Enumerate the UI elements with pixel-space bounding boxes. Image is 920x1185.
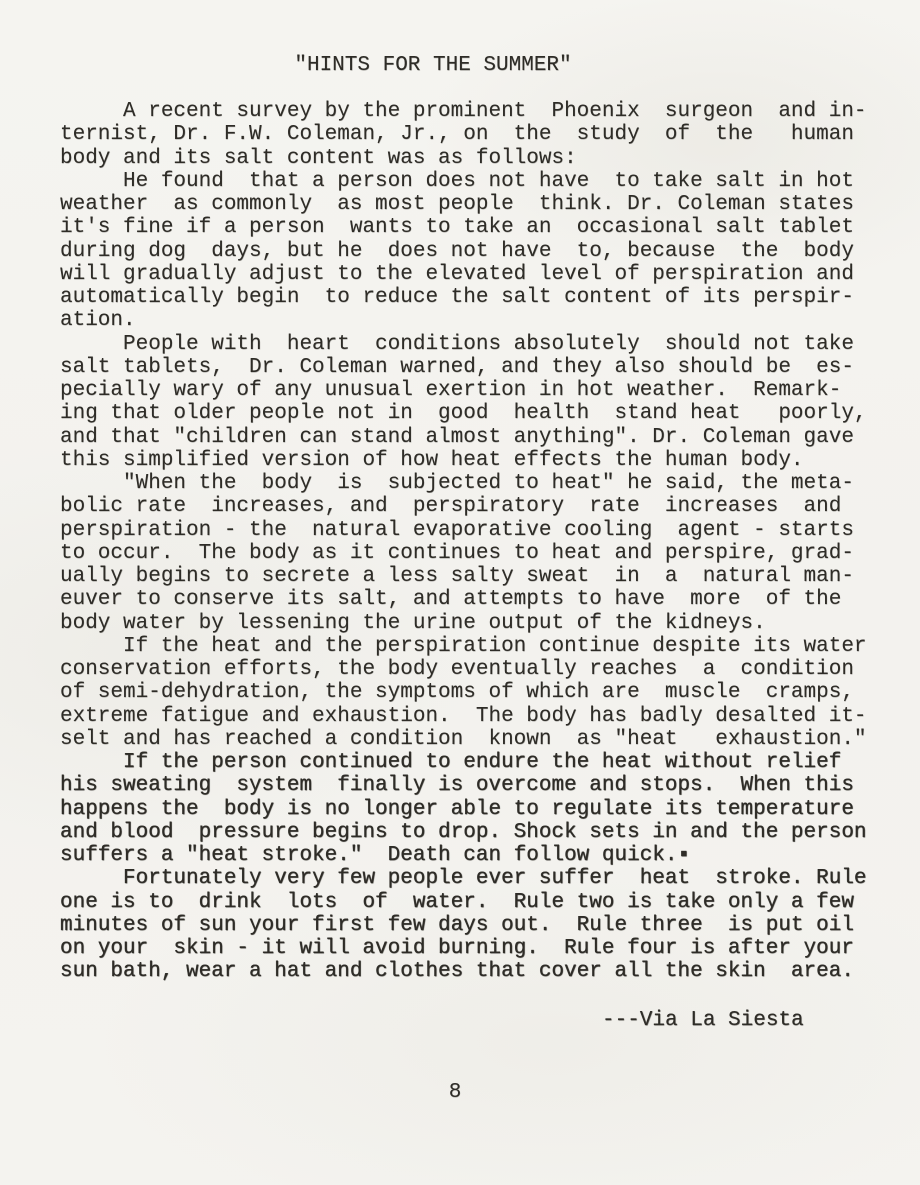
text-line: Fortunately very few people ever suffer …: [60, 867, 867, 890]
paragraph: A recent survey by the prominent Phoenix…: [60, 100, 867, 170]
text-line: his sweating system finally is overcome …: [60, 774, 867, 797]
article-body: A recent survey by the prominent Phoenix…: [60, 100, 867, 984]
text-line: People with heart conditions absolutely …: [60, 333, 867, 356]
text-line: extreme fatigue and exhaustion. The body…: [60, 705, 867, 728]
paragraph: If the heat and the perspiration continu…: [60, 635, 867, 751]
paragraph: If the person continued to endure the he…: [60, 751, 867, 867]
text-line: sun bath, wear a hat and clothes that co…: [60, 960, 867, 983]
text-line: minutes of sun your first few days out. …: [60, 914, 867, 937]
text-line: If the heat and the perspiration continu…: [60, 635, 867, 658]
text-line: If the person continued to endure the he…: [60, 751, 867, 774]
text-line: conservation efforts, the body eventuall…: [60, 658, 867, 681]
text-line: bolic rate increases, and perspiratory r…: [60, 495, 867, 518]
text-line: of semi-dehydration, the symptoms of whi…: [60, 681, 867, 704]
text-line: happens the body is no longer able to re…: [60, 798, 867, 821]
text-line: ing that older people not in good health…: [60, 402, 867, 425]
paragraph: Fortunately very few people ever suffer …: [60, 867, 867, 983]
text-line: selt and has reached a condition known a…: [60, 728, 867, 751]
text-line: during dog days, but he does not have to…: [60, 240, 867, 263]
text-line: it's fine if a person wants to take an o…: [60, 216, 867, 239]
scanned-page: "HINTS FOR THE SUMMER" A recent survey b…: [0, 0, 920, 1185]
text-line: He found that a person does not have to …: [60, 170, 867, 193]
text-line: body water by lessening the urine output…: [60, 612, 867, 635]
paragraph: "When the body is subjected to heat" he …: [60, 472, 867, 635]
text-line: suffers a "heat stroke." Death can follo…: [60, 844, 867, 867]
text-line: A recent survey by the prominent Phoenix…: [60, 100, 867, 123]
page-number: 8: [60, 1081, 850, 1104]
attribution: ---Via La Siesta: [602, 1009, 804, 1032]
text-line: and that "children can stand almost anyt…: [60, 426, 867, 449]
text-line: one is to drink lots of water. Rule two …: [60, 891, 867, 914]
text-line: ually begins to secrete a less salty swe…: [60, 565, 867, 588]
text-line: ternist, Dr. F.W. Coleman, Jr., on the s…: [60, 123, 867, 146]
text-line: automatically begin to reduce the salt c…: [60, 286, 867, 309]
paragraph: He found that a person does not have to …: [60, 170, 867, 333]
text-line: will gradually adjust to the elevated le…: [60, 263, 867, 286]
text-line: "When the body is subjected to heat" he …: [60, 472, 867, 495]
text-line: on your skin - it will avoid burning. Ru…: [60, 937, 867, 960]
text-line: and blood pressure begins to drop. Shock…: [60, 821, 867, 844]
text-line: ation.: [60, 309, 867, 332]
text-line: euver to conserve its salt, and attempts…: [60, 588, 867, 611]
paragraph: People with heart conditions absolutely …: [60, 333, 867, 473]
article-title: "HINTS FOR THE SUMMER": [60, 54, 806, 77]
text-line: pecially wary of any unusual exertion in…: [60, 379, 867, 402]
text-line: this simplified version of how heat effe…: [60, 449, 867, 472]
text-line: perspiration - the natural evaporative c…: [60, 519, 867, 542]
text-line: body and its salt content was as follows…: [60, 147, 867, 170]
text-line: weather as commonly as most people think…: [60, 193, 867, 216]
text-line: to occur. The body as it continues to he…: [60, 542, 867, 565]
text-line: salt tablets, Dr. Coleman warned, and th…: [60, 356, 867, 379]
